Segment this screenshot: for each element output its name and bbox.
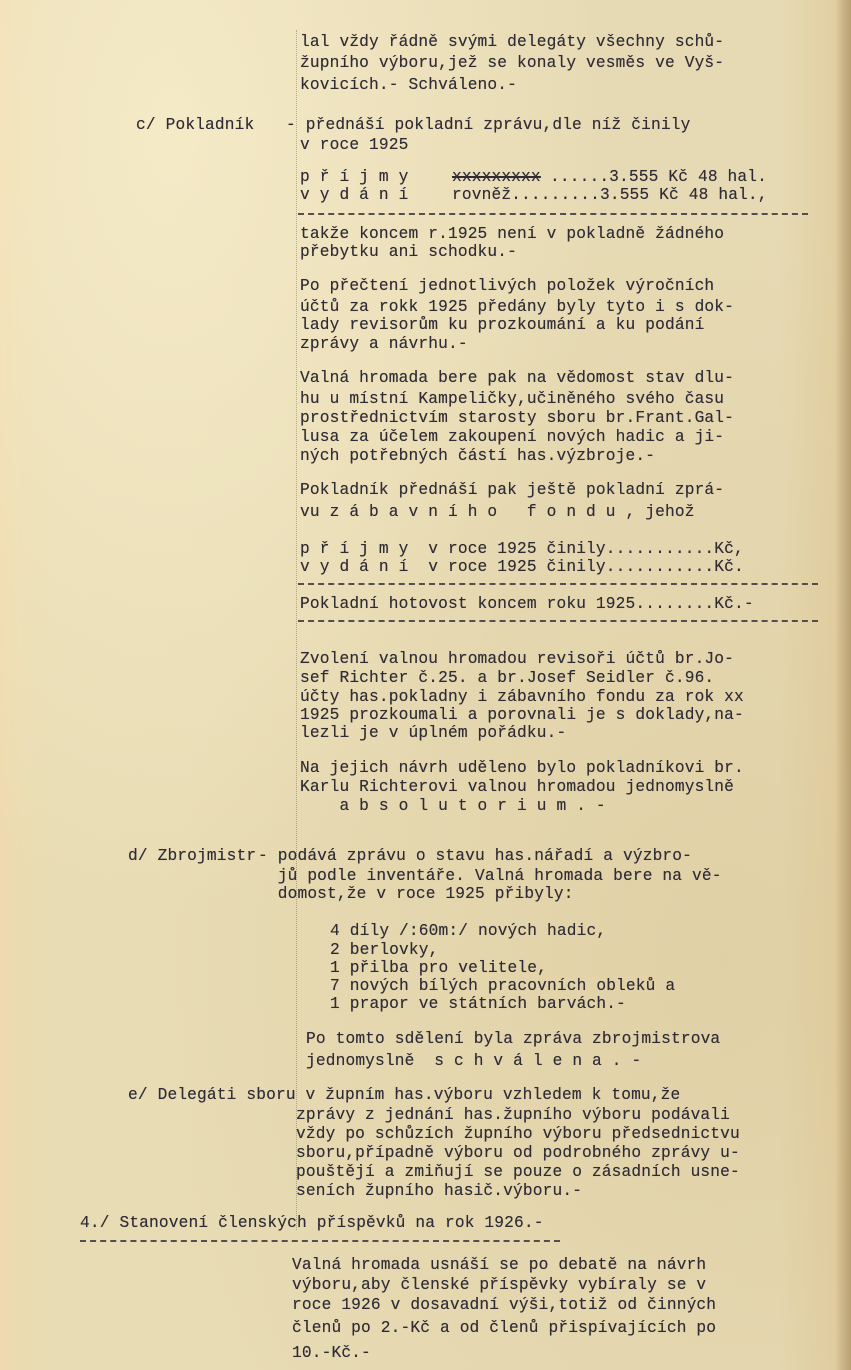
revisors-line: Zvolení valnou hromadou revisoři účtů br… (300, 651, 734, 667)
result-line: přebytku ani schodku.- (300, 244, 517, 260)
income-struck-text: xxxxxxxxx (452, 169, 541, 185)
audit-line: účtů za rokk 1925 předány byly tyto i s … (300, 299, 734, 315)
section-4-heading: 4./ Stanovení členských příspěvků na rok… (80, 1215, 544, 1231)
section-e-line: pouštějí a zmiňují se pouze o zásadních … (296, 1164, 740, 1180)
audit-line: zprávy a návrhu.- (300, 336, 468, 352)
absolutorium-line: Na jejich návrh uděleno bylo pokladníkov… (300, 760, 744, 776)
document-page: lal vždy řádně svými delegáty všechny sc… (0, 0, 851, 1370)
section-e-line: seních župního hasič.výboru.- (296, 1183, 582, 1199)
intro-line: župního výboru,jež se konaly vesměs ve V… (300, 55, 724, 71)
section-c-lead: - přednáší pokladní zprávu,dle níž činil… (286, 117, 690, 133)
debt-line: prostřednictvím starosty sboru br.Frant.… (300, 410, 734, 426)
fund-line: Pokladník přednáší pak ještě pokladní zp… (300, 482, 724, 498)
section-e-label: e/ Delegáti sboru v župním has.výboru vz… (128, 1087, 680, 1103)
expense-label: v y d á n í (300, 187, 409, 203)
approval-line: jednomyslně s c h v á l e n a . - (306, 1053, 641, 1069)
revisors-line: lezli je v úplném pořádku.- (300, 725, 566, 741)
section-e-line: sboru,případně výboru od podrobného zprá… (296, 1145, 740, 1161)
section-c-label: c/ Pokladník (136, 117, 254, 133)
debt-line: hu u místní Kampeličky,učiněného svého č… (300, 391, 724, 407)
fund-income: p ř í j m y v roce 1925 činily..........… (300, 541, 744, 557)
section-4-line: 10.-Kč.- (292, 1345, 371, 1361)
debt-line: Valná hromada bere pak na vědomost stav … (300, 370, 734, 386)
section-4-line: roce 1926 v dosavadní výši,totiž od činn… (292, 1297, 716, 1313)
dashed-separator (298, 620, 818, 622)
fund-cash: Pokladní hotovost koncem roku 1925......… (300, 596, 754, 612)
inventory-item: 4 díly /:60m:/ nových hadic, (330, 923, 606, 939)
section-4-line: výboru,aby členské příspěvky vybíraly se… (292, 1277, 706, 1293)
absolutorium-line: a b s o l u t o r i u m . - (300, 798, 606, 814)
debt-line: ných potřebných částí has.výzbroje.- (300, 448, 655, 464)
heading-underline (80, 1240, 560, 1242)
audit-line: Po přečtení jednotlivých položek výroční… (300, 278, 714, 294)
approval-line: Po tomto sdělení byla zpráva zbrojmistro… (306, 1031, 720, 1047)
expense-value: rovněž.........3.555 Kč 48 hal., (452, 187, 768, 203)
inventory-item: 1 prapor ve státních barvách.- (330, 996, 626, 1012)
audit-line: lady revisorům ku prozkoumání a ku podán… (300, 317, 704, 333)
fund-expense: v y d á n í v roce 1925 činily..........… (300, 559, 744, 575)
section-4-line: členů po 2.-Kč a od členů přispívajících… (292, 1320, 716, 1336)
page-edge-shadow (835, 0, 851, 1370)
revisors-line: 1925 prozkoumali a porovnali je s doklad… (300, 707, 744, 723)
inventory-item: 1 přilba pro velitele, (330, 960, 547, 976)
section-d-label: d/ Zbrojmistr (128, 848, 256, 864)
section-e-line: zprávy z jednání has.župního výboru podá… (296, 1107, 730, 1123)
inventory-item: 2 berlovky, (330, 942, 439, 958)
dashed-separator (298, 583, 818, 585)
revisors-line: sef Richter č.25. a br.Josef Seidler č.9… (300, 670, 714, 686)
section-4-line: Valná hromada usnáší se po debatě na náv… (292, 1257, 706, 1273)
result-line: takže koncem r.1925 není v pokladně žádn… (300, 226, 724, 242)
income-label: p ř í j m y (300, 169, 409, 185)
debt-line: lusa za účelem zakoupení nových hadic a … (300, 429, 724, 445)
income-value: ......3.555 Kč 48 hal. (550, 169, 767, 185)
section-d-line: jů podle inventáře. Valná hromada bere n… (258, 868, 722, 884)
revisors-line: účty has.pokladny i zábavního fondu za r… (300, 689, 744, 705)
section-d-line: domost,že v roce 1925 přibyly: (258, 886, 574, 902)
absolutorium-line: Karlu Richterovi valnou hromadou jednomy… (300, 779, 734, 795)
dashed-separator (298, 213, 808, 215)
margin-rule (296, 30, 297, 1230)
intro-line: kovicích.- Schváleno.- (300, 77, 517, 93)
section-c-lead2: v roce 1925 (300, 137, 409, 153)
section-d-line: - podává zprávu o stavu has.nářadí a výz… (258, 848, 692, 864)
inventory-item: 7 nových bílých pracovních obleků a (330, 978, 675, 994)
intro-line: lal vždy řádně svými delegáty všechny sc… (300, 34, 724, 50)
section-e-line: vždy po schůzích župního výboru předsedn… (296, 1126, 740, 1142)
fund-line: vu z á b a v n í h o f o n d u , jehož (300, 504, 695, 520)
